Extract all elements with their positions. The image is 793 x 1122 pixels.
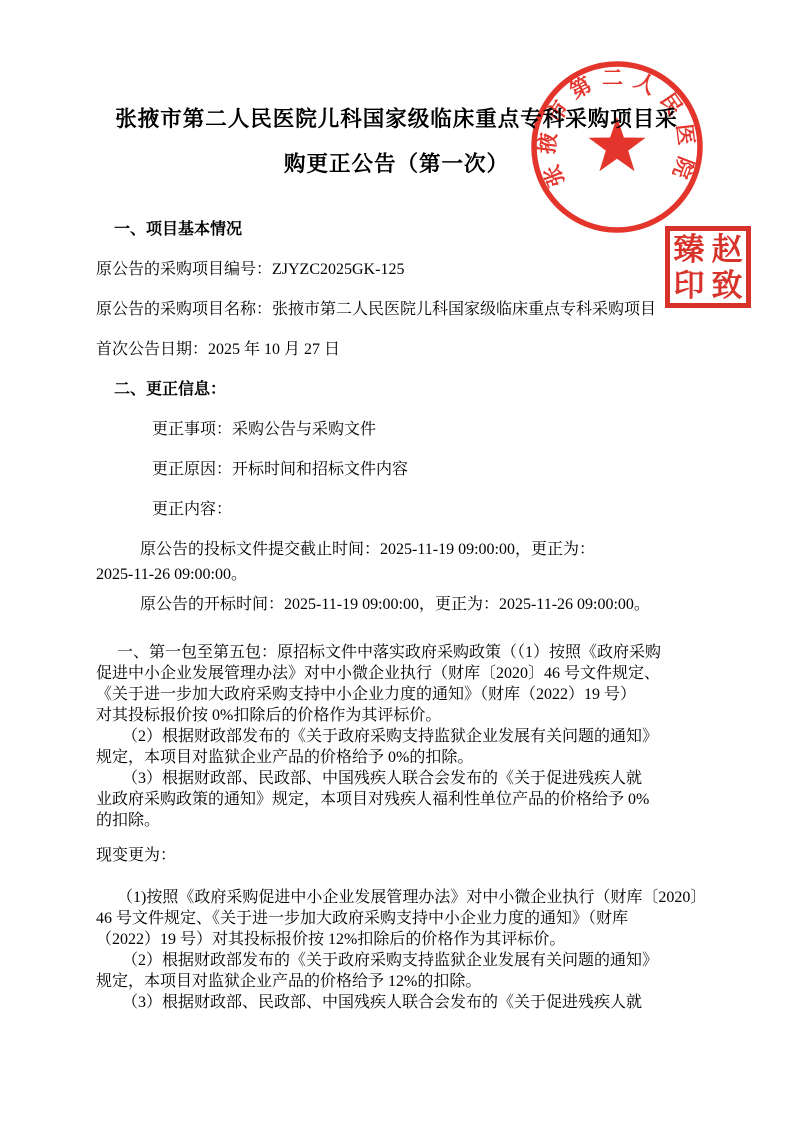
original-policy-line: 对其投标报价按 0%扣除后的价格作为其评标价。 xyxy=(96,705,723,726)
original-policy-line: （2）根据财政部发布的《关于政府采购支持监狱企业发展有关问题的通知》 xyxy=(96,726,723,747)
first-announce-date-line: 首次公告日期：2025 年 10 月 27 日 xyxy=(96,339,723,360)
seal-char: 致 xyxy=(708,267,746,303)
correction-content-label: 更正内容： xyxy=(96,499,723,520)
correction-reason-line: 更正原因：开标时间和招标文件内容 xyxy=(96,459,723,480)
original-policy-line: 一、第一包至第五包：原招标文件中落实政府采购政策（（1）按照《政府采购 xyxy=(96,642,723,663)
changed-policy-line: 规定，本项目对监狱企业产品的价格给予 12%的扣除。 xyxy=(96,971,723,992)
document-page: 张掖市第二人民医院儿科国家级临床重点专科采购项目采 购更正公告（第一次） 一、项… xyxy=(0,0,793,1122)
personal-name-seal: 臻 赵 印 致 xyxy=(665,226,751,308)
original-policy-line: 《关于进一步加大政府采购支持中小企业力度的通知》（财库（2022）19 号） xyxy=(96,684,723,705)
star-icon xyxy=(589,117,646,171)
changed-policy-line: 46 号文件规定、《关于进一步加大政府采购支持中小企业力度的通知》（财库 xyxy=(96,908,723,929)
section-2-heading: 二、更正信息： xyxy=(96,379,723,400)
bid-opening-time-line: 原公告的开标时间：2025-11-19 09:00:00，更正为：2025-11… xyxy=(96,594,723,615)
original-policy-line: 规定，本项目对监狱企业产品的价格给予 0%的扣除。 xyxy=(96,747,723,768)
seal-char: 印 xyxy=(670,267,708,303)
now-changed-to-label: 现变更为： xyxy=(96,845,723,866)
document-body: 一、项目基本情况原公告的采购项目编号：ZJYZC2025GK-125原公告的采购… xyxy=(0,219,793,1013)
bid-deadline-line-cont: 2025-11-26 09:00:00。 xyxy=(96,564,723,585)
original-policy-line: （3）根据财政部、民政部、中国残疾人联合会发布的《关于促进残疾人就 xyxy=(96,768,723,789)
seal-char: 臻 xyxy=(670,231,708,267)
project-number-line: 原公告的采购项目编号：ZJYZC2025GK-125 xyxy=(96,259,723,280)
bid-deadline-line: 原公告的投标文件提交截止时间：2025-11-19 09:00:00，更正为： xyxy=(96,539,723,560)
original-policy-line: 的扣除。 xyxy=(96,810,723,831)
seal-char: 赵 xyxy=(708,231,746,267)
changed-policy-line: （3）根据财政部、民政部、中国残疾人联合会发布的《关于促进残疾人就 xyxy=(96,992,723,1013)
hospital-round-seal: 张掖市第二人民医院 xyxy=(521,50,713,242)
changed-policy-line: （2）根据财政部发布的《关于政府采购支持监狱企业发展有关问题的通知》 xyxy=(96,950,723,971)
changed-policy-line: （2022）19 号）对其投标报价按 12%扣除后的价格作为其评标价。 xyxy=(96,929,723,950)
correction-item-line: 更正事项：采购公告与采购文件 xyxy=(96,419,723,440)
project-name-line: 原公告的采购项目名称：张掖市第二人民医院儿科国家级临床重点专科采购项目 xyxy=(96,299,723,320)
original-policy-line: 业政府采购政策的通知》规定，本项目对残疾人福利性单位产品的价格给予 0% xyxy=(96,789,723,810)
original-policy-line: 促进中小企业发展管理办法》对中小微企业执行（财库〔2020〕46 号文件规定、 xyxy=(96,663,723,684)
changed-policy-line: （1)按照《政府采购促进中小企业发展管理办法》对中小微企业执行（财库〔2020〕 xyxy=(96,887,723,908)
